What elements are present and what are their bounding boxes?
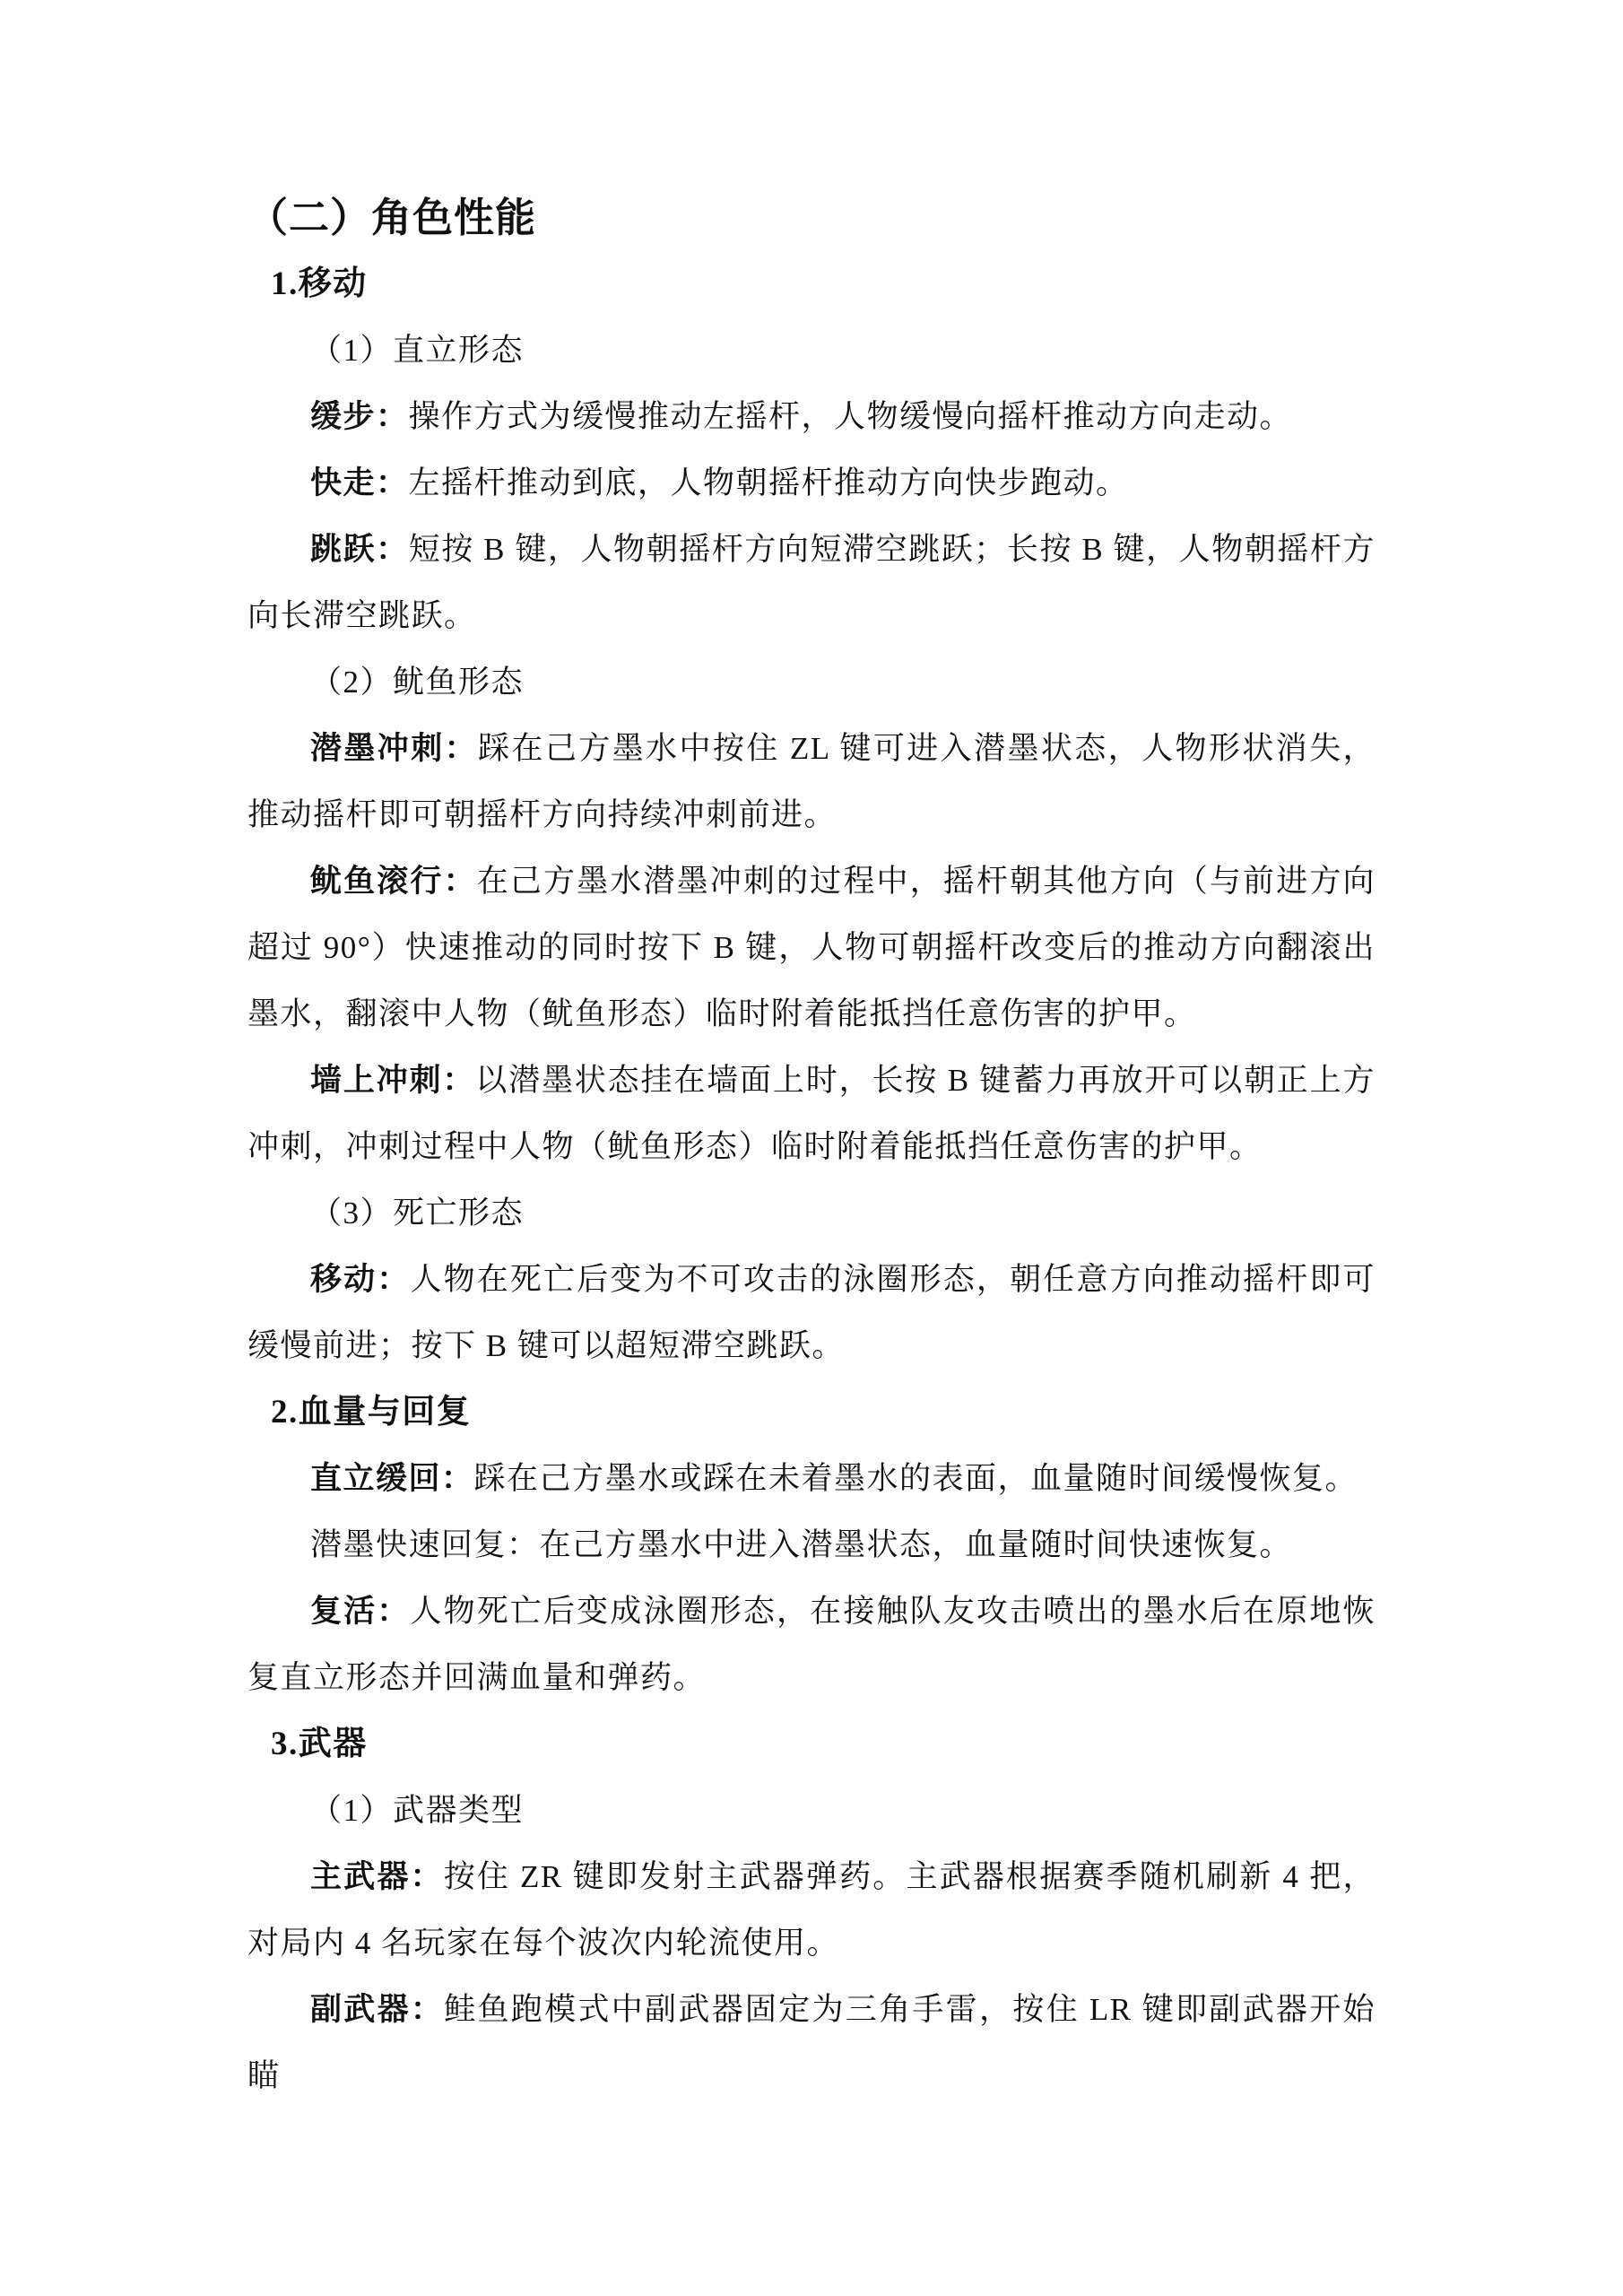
- paragraph-text: 2.血量与回复: [271, 1394, 471, 1431]
- paragraph-text: （1）武器类型: [310, 1793, 524, 1828]
- doc-subitem-line: （2）鱿鱼形态: [247, 649, 1376, 716]
- paragraph-lead-term: 缓步：: [310, 399, 409, 434]
- paragraph-text: 操作方式为缓慢推动左摇杆，人物缓慢向摇杆推动方向走动。: [409, 399, 1293, 434]
- paragraph-text: 踩在己方墨水或踩在未着墨水的表面，血量随时间缓慢恢复。: [474, 1461, 1358, 1496]
- paragraph-text: （3）死亡形态: [310, 1196, 524, 1231]
- paragraph-text: 3.武器: [271, 1726, 368, 1762]
- paragraph-text: 1.移动: [271, 265, 368, 302]
- doc-paragraph: 快走：左摇杆推动到底，人物朝摇杆推动方向快步跑动。: [247, 450, 1376, 517]
- doc-section-heading: 1.移动: [247, 251, 1376, 317]
- paragraph-text: （二）角色性能: [247, 196, 536, 240]
- doc-paragraph: 潜墨冲刺：踩在己方墨水中按住 ZL 键可进入潜墨状态，人物形状消失，推动摇杆即可…: [247, 716, 1376, 848]
- paragraph-text: （2）鱿鱼形态: [310, 665, 524, 700]
- doc-heading: （二）角色性能: [247, 185, 1376, 251]
- paragraph-text: 潜墨快速回复：在己方墨水中进入潜墨状态，血量随时间快速恢复。: [310, 1527, 1292, 1562]
- paragraph-text: （1）直立形态: [310, 333, 524, 368]
- doc-paragraph: 墙上冲刺：以潜墨状态挂在墙面上时，长按 B 键蓄力再放开可以朝正上方冲刺，冲刺过…: [247, 1048, 1376, 1180]
- paragraph-lead-term: 快走：: [310, 465, 409, 500]
- doc-paragraph: 移动：人物在死亡后变为不可攻击的泳圈形态，朝任意方向推动摇杆即可缓慢前进；按下 …: [247, 1247, 1376, 1379]
- doc-paragraph: 主武器：按住 ZR 键即发射主武器弹药。主武器根据赛季随机刷新 4 把，对局内 …: [247, 1844, 1376, 1977]
- paragraph-lead-term: 墙上冲刺：: [310, 1063, 475, 1098]
- doc-subitem-line: （1）武器类型: [247, 1778, 1376, 1844]
- doc-paragraph: 缓步：操作方式为缓慢推动左摇杆，人物缓慢向摇杆推动方向走动。: [247, 384, 1376, 450]
- paragraph-lead-term: 潜墨冲刺：: [310, 731, 478, 766]
- doc-paragraph: 复活：人物死亡后变成泳圈形态，在接触队友攻击喷出的墨水后在原地恢复直立形态并回满…: [247, 1578, 1376, 1711]
- paragraph-text: 左摇杆推动到底，人物朝摇杆推动方向快步跑动。: [409, 465, 1129, 500]
- doc-paragraph: 鱿鱼滚行：在己方墨水潜墨冲刺的过程中，摇杆朝其他方向（与前进方向超过 90°）快…: [247, 848, 1376, 1048]
- doc-section-heading: 2.血量与回复: [247, 1379, 1376, 1446]
- doc-paragraph: 跳跃：短按 B 键，人物朝摇杆方向短滞空跳跃；长按 B 键，人物朝摇杆方向长滞空…: [247, 517, 1376, 649]
- paragraph-lead-term: 副武器：: [310, 1992, 444, 2027]
- doc-subitem-line: （3）死亡形态: [247, 1180, 1376, 1247]
- doc-subitem-line: （1）直立形态: [247, 317, 1376, 384]
- document-page: （二）角色性能1.移动（1）直立形态缓步：操作方式为缓慢推动左摇杆，人物缓慢向摇…: [0, 0, 1623, 2296]
- doc-paragraph: 直立缓回：踩在己方墨水或踩在未着墨水的表面，血量随时间缓慢恢复。: [247, 1446, 1376, 1512]
- paragraph-lead-term: 跳跃：: [310, 532, 409, 567]
- doc-section-heading: 3.武器: [247, 1711, 1376, 1778]
- doc-paragraph: 副武器：鲑鱼跑模式中副武器固定为三角手雷，按住 LR 键即副武器开始瞄: [247, 1977, 1376, 2109]
- paragraph-lead-term: 主武器：: [310, 1859, 444, 1894]
- paragraph-text: 人物死亡后变成泳圈形态，在接触队友攻击喷出的墨水后在原地恢复直立形态并回满血量和…: [247, 1594, 1376, 1695]
- document-body: （二）角色性能1.移动（1）直立形态缓步：操作方式为缓慢推动左摇杆，人物缓慢向摇…: [247, 185, 1376, 2109]
- paragraph-text: 短按 B 键，人物朝摇杆方向短滞空跳跃；长按 B 键，人物朝摇杆方向长滞空跳跃。: [247, 532, 1376, 633]
- doc-paragraph: 潜墨快速回复：在己方墨水中进入潜墨状态，血量随时间快速恢复。: [247, 1512, 1376, 1578]
- paragraph-lead-term: 鱿鱼滚行：: [310, 864, 477, 899]
- paragraph-lead-term: 复活：: [310, 1594, 410, 1629]
- paragraph-text: 人物在死亡后变为不可攻击的泳圈形态，朝任意方向推动摇杆即可缓慢前进；按下 B 键…: [247, 1262, 1376, 1363]
- paragraph-lead-term: 直立缓回：: [310, 1461, 474, 1496]
- paragraph-lead-term: 移动：: [310, 1262, 410, 1297]
